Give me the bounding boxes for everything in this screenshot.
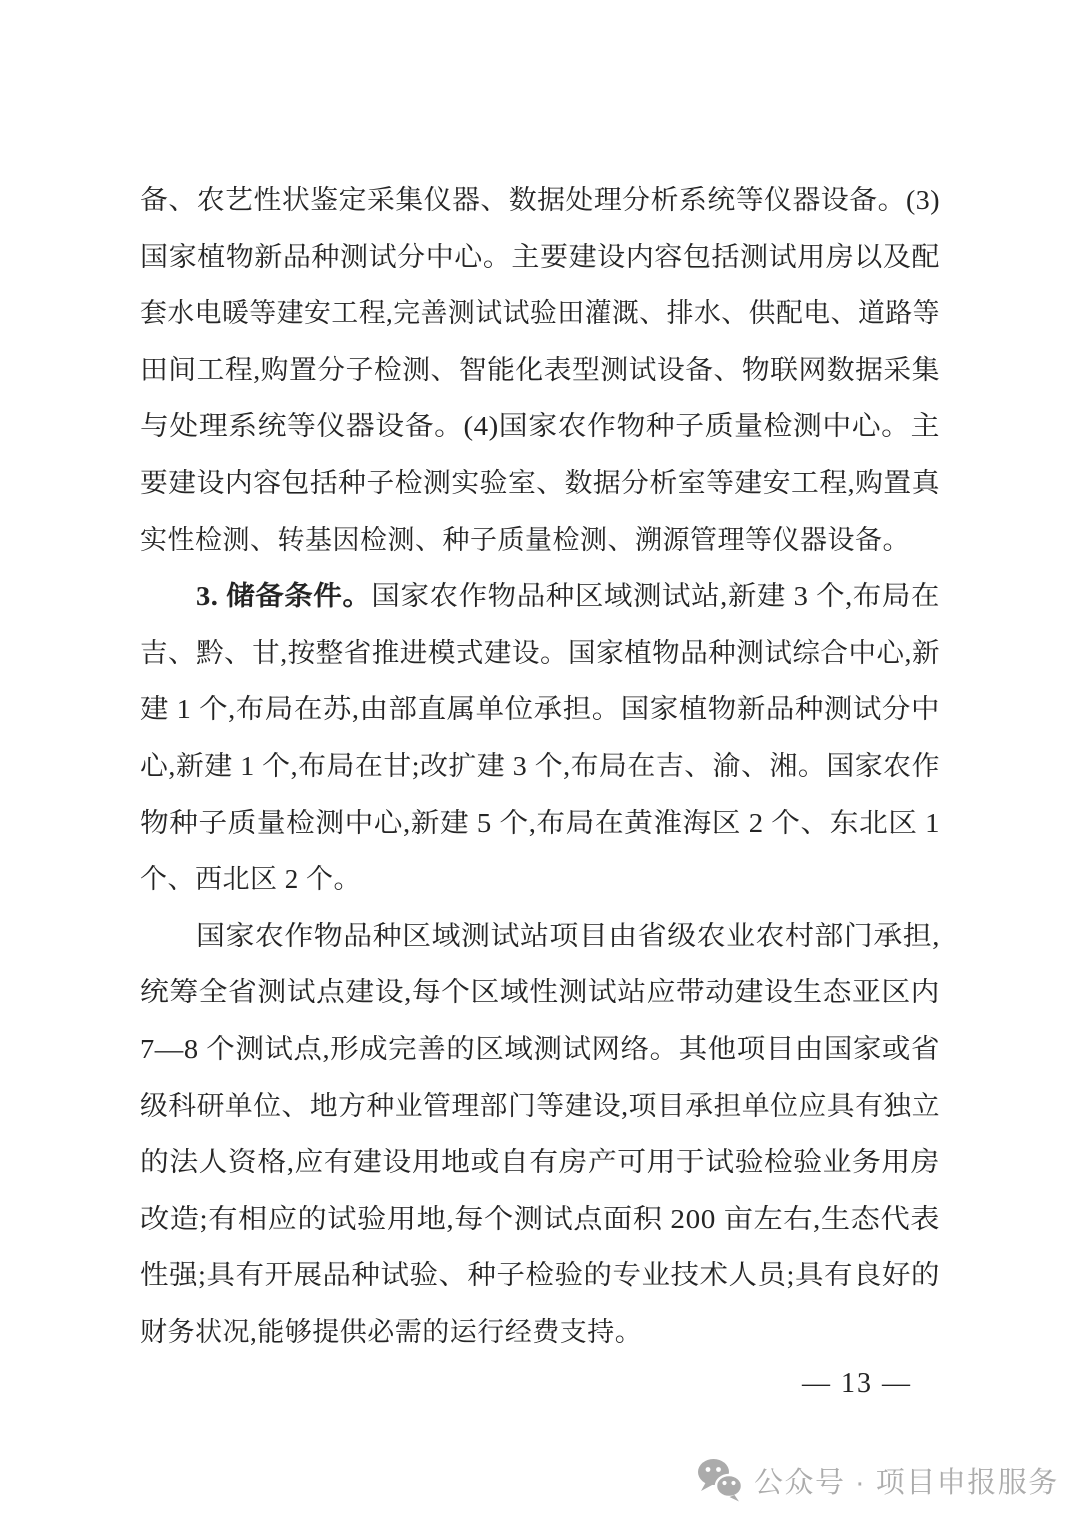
document-page: 备、农艺性状鉴定采集仪器、数据处理分析系统等仪器设备。(3)国家植物新品种测试分…: [0, 0, 1080, 1527]
text-line: 国家农作物品种区域测试站项目由省级农业农村部门承担,: [140, 908, 940, 965]
text-line: 国家植物新品种测试分中心。主要建设内容包括测试用房以及配: [140, 229, 940, 286]
wechat-icon: [697, 1458, 743, 1502]
watermark-text: 公众号 · 项目申报服务: [754, 1460, 1059, 1501]
text-line: 套水电暖等建安工程,完善测试试验田灌溉、排水、供配电、道路等: [140, 285, 940, 342]
text-line: 统筹全省测试点建设,每个区域性测试站应带动建设生态亚区内: [140, 964, 940, 1021]
text-line: 物种子质量检测中心,新建 5 个,布局在黄淮海区 2 个、东北区 1: [140, 795, 940, 852]
text-line: 与处理系统等仪器设备。(4)国家农作物种子质量检测中心。主: [140, 398, 940, 455]
text-line: 级科研单位、地方种业管理部门等建设,项目承担单位应具有独立: [140, 1078, 940, 1135]
text-line: 财务状况,能够提供必需的运行经费支持。: [140, 1304, 940, 1361]
text-line: 的法人资格,应有建设用地或自有房产可用于试验检验业务用房: [140, 1134, 940, 1191]
text-line: 心,新建 1 个,布局在甘;改扩建 3 个,布局在吉、渝、湘。国家农作: [140, 738, 940, 795]
text-block: 备、农艺性状鉴定采集仪器、数据处理分析系统等仪器设备。(3)国家植物新品种测试分…: [140, 172, 940, 1360]
text-line: 个、西北区 2 个。: [140, 851, 940, 908]
text-line: 性强;具有开展品种试验、种子检验的专业技术人员;具有良好的: [140, 1247, 940, 1304]
text-line: 改造;有相应的试验用地,每个测试点面积 200 亩左右,生态代表: [140, 1191, 940, 1248]
text-line: 吉、黔、甘,按整省推进模式建设。国家植物品种测试综合中心,新: [140, 625, 940, 682]
text-line: 备、农艺性状鉴定采集仪器、数据处理分析系统等仪器设备。(3): [140, 172, 940, 229]
watermark-footer: 公众号 · 项目申报服务: [697, 1458, 1059, 1502]
text-line: 要建设内容包括种子检测实验室、数据分析室等建安工程,购置真: [140, 455, 940, 512]
text-line: 建 1 个,布局在苏,由部直属单位承担。国家植物新品种测试分中: [140, 681, 940, 738]
text-line: 7—8 个测试点,形成完善的区域测试网络。其他项目由国家或省: [140, 1021, 940, 1078]
text-line: 3. 储备条件。国家农作物品种区域测试站,新建 3 个,布局在: [140, 568, 940, 625]
text-line: 田间工程,购置分子检测、智能化表型测试设备、物联网数据采集: [140, 342, 940, 399]
page-number: — 13 —: [802, 1364, 912, 1404]
text-line: 实性检测、转基因检测、种子质量检测、溯源管理等仪器设备。: [140, 512, 940, 569]
